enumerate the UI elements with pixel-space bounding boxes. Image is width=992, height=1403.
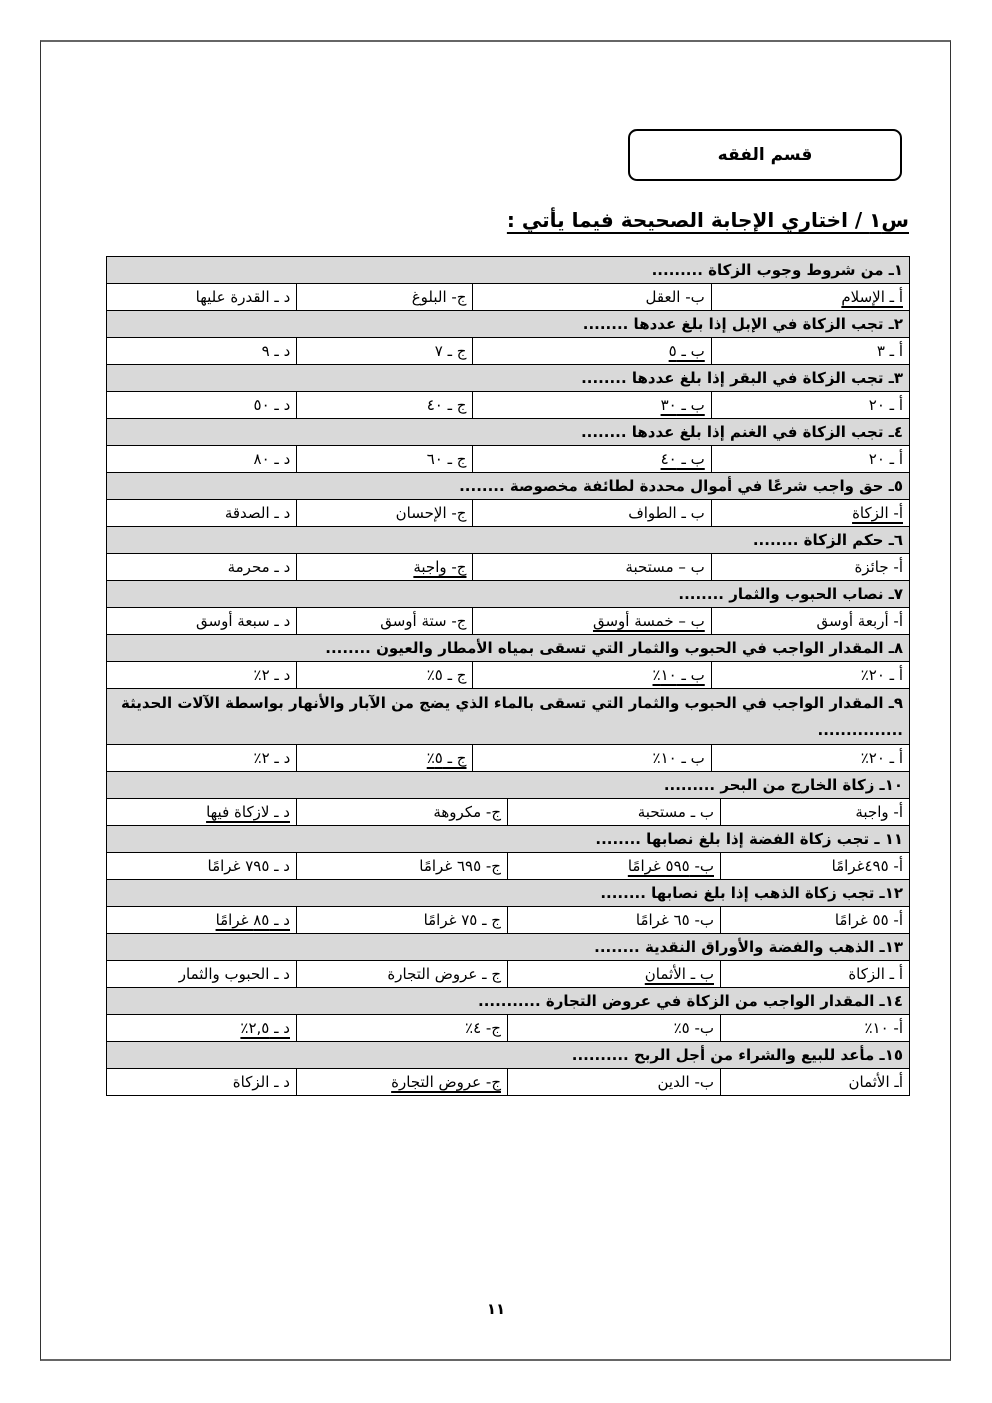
option-cell[interactable]: ب – خمسة أوسق <box>473 608 711 635</box>
quiz-table: ١ـ من شروط وجوب الزكاة .........أ ـ الإس… <box>106 256 910 1096</box>
option-label: أ- ٥٥ غرامًا <box>835 911 903 929</box>
options-row: أ- أربعة أوسقب – خمسة أوسقج- ستة أوسقد ـ… <box>107 608 910 635</box>
option-cell[interactable]: ج- البلوغ <box>297 284 473 311</box>
correct-option-label: ب ـ الأثمان <box>645 965 714 983</box>
option-label: د ـ ٩ <box>262 342 291 360</box>
correct-option-label: ب ـ ٣٠ <box>661 396 705 414</box>
option-label: ج- ستة أوسق <box>380 612 466 630</box>
correct-option-label: ب ـ ٥ <box>669 342 705 360</box>
correct-option-label: ج- واجبة <box>413 558 466 576</box>
option-label: ج- الإحسان <box>396 504 467 522</box>
correct-option-label: ب – خمسة أوسق <box>593 612 705 630</box>
option-label: أ ـ ٢٠٪ <box>861 749 903 767</box>
option-label: ج- ٦٩٥ غرامًا <box>419 857 501 875</box>
option-label: ب- ٦٥ غرامًا <box>636 911 714 929</box>
question-text: ٤ـ تجب الزكاة في الغنم إذا بلغ عددها ...… <box>107 419 910 446</box>
option-cell[interactable]: ب ـ ٥ <box>473 338 711 365</box>
question-text: ٩ـ المقدار الواجب في الحبوب والثمار التي… <box>107 689 910 745</box>
section-title: قسم الفقه <box>718 145 813 165</box>
question-row: ٣ـ تجب الزكاة في البقر إذا بلغ عددها ...… <box>107 365 910 392</box>
option-label: ب- العقل <box>646 288 705 306</box>
question-text: ٧ـ نصاب الحبوب والثمار ........ <box>107 581 910 608</box>
question-row: ١٢ـ تجب زكاة الذهب إذا بلغ نصابها ......… <box>106 880 909 907</box>
option-cell[interactable]: ج- ٦٩٥ غرامًا <box>297 853 508 880</box>
question-text: ٨ـ المقدار الواجب في الحبوب والثمار التي… <box>107 635 910 662</box>
option-cell[interactable]: د ـ ٢,٥٪ <box>106 1015 296 1042</box>
options-row: أ ـ ٢٠ب ـ ٣٠ج ـ ٤٠د ـ ٥٠ <box>107 392 910 419</box>
option-label: ب – مستحبة <box>625 558 704 576</box>
option-label: د ـ ٢٪ <box>254 666 291 684</box>
option-cell[interactable]: ب- ٥٪ <box>508 1015 721 1042</box>
option-label: د ـ القدرة عليها <box>196 288 291 306</box>
option-cell[interactable]: د ـ ٩ <box>107 338 297 365</box>
question-text: ١١ ـ تجب زكاة الفضة إذا بلغ نصابها .....… <box>106 826 909 853</box>
option-label: ج ـ ٧٥ غرامًا <box>424 911 501 929</box>
question-row: ٤ـ تجب الزكاة في الغنم إذا بلغ عددها ...… <box>107 419 910 446</box>
question-heading: س١ / اختاري الإجابة الصحيحة فيما يأتي : <box>507 208 909 232</box>
question-text: ٦ـ حكم الزكاة ........ <box>107 527 910 554</box>
options-row: أ ـ ٣ب ـ ٥ج ـ ٧د ـ ٩ <box>107 338 910 365</box>
correct-option-label: د ـ ٢,٥٪ <box>240 1019 290 1037</box>
option-cell[interactable]: ب- ٦٥ غرامًا <box>508 907 721 934</box>
option-label: ج- البلوغ <box>412 288 467 306</box>
option-cell[interactable]: د ـ ٨٥ غرامًا <box>106 907 296 934</box>
options-row: أ- ٥٥ غرامًاب- ٦٥ غرامًاج ـ ٧٥ غرامًاد ـ… <box>106 907 909 934</box>
question-row: ١ـ من شروط وجوب الزكاة ......... <box>107 257 910 284</box>
option-cell[interactable]: ج ـ ٥٪ <box>297 745 473 772</box>
option-cell[interactable]: أ- ٥٥ غرامًا <box>721 907 910 934</box>
option-cell[interactable]: ب ـ الطواف <box>473 500 711 527</box>
option-cell[interactable]: ب ـ ٣٠ <box>473 392 711 419</box>
option-cell[interactable]: أ- جائزة <box>711 554 909 581</box>
question-text: ٢ـ تجب الزكاة في الإبل إذا بلغ عددها ...… <box>107 311 910 338</box>
question-text: ١٢ـ تجب زكاة الذهب إذا بلغ نصابها ......… <box>106 880 909 907</box>
option-cell[interactable]: أـ الأثمان <box>721 1069 910 1096</box>
option-label: ج ـ ٥٪ <box>427 666 467 684</box>
option-cell[interactable]: د ـ ٥٠ <box>107 392 297 419</box>
option-cell[interactable]: ج- ٤٪ <box>297 1015 508 1042</box>
option-cell[interactable]: ب – مستحبة <box>473 554 711 581</box>
question-row: ٨ـ المقدار الواجب في الحبوب والثمار التي… <box>107 635 910 662</box>
option-cell[interactable]: د ـ محرمة <box>107 554 297 581</box>
option-label: د ـ ٥٠ <box>254 396 291 414</box>
option-label: ب- ٥٪ <box>674 1019 714 1037</box>
question-text: ١ـ من شروط وجوب الزكاة ......... <box>107 257 910 284</box>
option-label: ج ـ عروض التجارة <box>387 965 501 983</box>
question-text: ١٤ـ المقدار الواجب من الزكاة في عروض الت… <box>106 988 909 1015</box>
options-row: أـ الأثمانب- الدينج- عروض التجارةد ـ الز… <box>106 1069 909 1096</box>
question-text: ١٣ـ الذهب والفضة والأوراق النقدية ......… <box>106 934 909 961</box>
option-label: د ـ ٢٪ <box>254 749 291 767</box>
question-row: ١٥ـ مأعد للبيع والشراء من أجل الربح ....… <box>106 1042 909 1069</box>
option-label: د ـ سبعة أوسق <box>196 612 290 630</box>
question-row: ٢ـ تجب الزكاة في الإبل إذا بلغ عددها ...… <box>107 311 910 338</box>
question-text: ٥ـ حق واجب شرعًا في أموال محددة لطائفة م… <box>107 473 910 500</box>
questions-table-part1: ١ـ من شروط وجوب الزكاة .........أ ـ الإس… <box>106 256 910 772</box>
option-label: أ ـ ٢٠ <box>869 450 903 468</box>
options-row: أ ـ ٢٠ب ـ ٤٠ج ـ ٦٠د ـ ٨٠ <box>107 446 910 473</box>
option-cell[interactable]: ب- الدين <box>508 1069 721 1096</box>
options-row: أ- جائزةب – مستحبةج- واجبةد ـ محرمة <box>107 554 910 581</box>
option-label: د ـ محرمة <box>228 558 291 576</box>
option-cell[interactable]: أ ـ ٢٠٪ <box>711 745 909 772</box>
option-label: أـ الأثمان <box>849 1073 904 1091</box>
option-cell[interactable]: أ- واجبة <box>721 799 910 826</box>
option-label: د ـ الزكاة <box>233 1073 290 1091</box>
option-cell[interactable]: د ـ ٧٩٥ غرامًا <box>106 853 296 880</box>
options-row: أ- واجبةب ـ مستحبةج- مكروهةد ـ لازكاة في… <box>106 799 909 826</box>
option-cell[interactable]: ب ـ ١٠٪ <box>473 745 711 772</box>
option-label: أ- ١٠٪ <box>864 1019 903 1037</box>
option-cell[interactable]: ج- ستة أوسق <box>297 608 473 635</box>
option-label: ج- ٤٪ <box>465 1019 501 1037</box>
option-cell[interactable]: د ـ القدرة عليها <box>107 284 297 311</box>
option-cell[interactable]: ج- الإحسان <box>297 500 473 527</box>
option-cell[interactable]: د ـ الزكاة <box>106 1069 296 1096</box>
correct-option-label: ج ـ ٥٪ <box>427 749 467 767</box>
correct-option-label: ب ـ ١٠٪ <box>653 666 705 684</box>
options-row: أ ـ ٢٠٪ب ـ ١٠٪ج ـ ٥٪د ـ ٢٪ <box>107 662 910 689</box>
option-label: ج- مكروهة <box>433 803 501 821</box>
options-row: أ ـ الزكاةب ـ الأثمانج ـ عروض التجارةد ـ… <box>106 961 909 988</box>
option-cell[interactable]: ب ـ مستحبة <box>508 799 721 826</box>
question-row: ٩ـ المقدار الواجب في الحبوب والثمار التي… <box>107 689 910 745</box>
option-label: ب ـ مستحبة <box>638 803 714 821</box>
option-cell[interactable]: أ ـ ٢٠ <box>711 446 909 473</box>
correct-option-label: د ـ لازكاة فيها <box>206 803 290 821</box>
option-label: أ ـ ٢٠٪ <box>861 666 903 684</box>
option-label: ب ـ ١٠٪ <box>653 749 705 767</box>
option-cell[interactable]: ج ـ ٤٠ <box>297 392 473 419</box>
option-cell[interactable]: أ- أربعة أوسق <box>711 608 909 635</box>
option-cell[interactable]: ج- مكروهة <box>297 799 508 826</box>
option-cell[interactable]: أ ـ ٢٠٪ <box>711 662 909 689</box>
question-text: ٣ـ تجب الزكاة في البقر إذا بلغ عددها ...… <box>107 365 910 392</box>
option-cell[interactable]: ج ـ ٥٪ <box>297 662 473 689</box>
option-cell[interactable]: د ـ ٢٪ <box>107 745 297 772</box>
option-cell[interactable]: ج ـ عروض التجارة <box>297 961 508 988</box>
question-text: ١٠ـ زكاة الخارج من البحر ......... <box>106 772 909 799</box>
options-row: أ- ٤٩٥غرامًاب- ٥٩٥ غرامًاج- ٦٩٥ غرامًاد … <box>106 853 909 880</box>
option-cell[interactable]: أ- ١٠٪ <box>721 1015 910 1042</box>
option-label: ج ـ ٧ <box>435 342 467 360</box>
question-row: ١٤ـ المقدار الواجب من الزكاة في عروض الت… <box>106 988 909 1015</box>
option-cell[interactable]: ب- العقل <box>473 284 711 311</box>
page-number: ١١ <box>0 1300 992 1318</box>
option-cell[interactable]: أ ـ ٢٠ <box>711 392 909 419</box>
option-label: أ- أربعة أوسق <box>817 612 903 630</box>
question-row: ٧ـ نصاب الحبوب والثمار ........ <box>107 581 910 608</box>
option-label: د ـ الحبوب والثمار <box>179 965 290 983</box>
option-label: ب- الدين <box>657 1073 714 1091</box>
option-cell[interactable]: أ- ٤٩٥غرامًا <box>721 853 910 880</box>
option-label: ب ـ الطواف <box>628 504 705 522</box>
option-label: ج ـ ٦٠ <box>427 450 467 468</box>
question-row: ٦ـ حكم الزكاة ........ <box>107 527 910 554</box>
correct-option-label: أ ـ الإسلام <box>841 288 903 306</box>
option-cell[interactable]: أ ـ الزكاة <box>721 961 910 988</box>
option-cell[interactable]: د ـ ٨٠ <box>107 446 297 473</box>
option-cell[interactable]: ج ـ ٧٥ غرامًا <box>297 907 508 934</box>
correct-option-label: أ- الزكاة <box>852 504 903 522</box>
question-row: ١٣ـ الذهب والفضة والأوراق النقدية ......… <box>106 934 909 961</box>
correct-option-label: ب ـ ٤٠ <box>661 450 705 468</box>
option-cell[interactable]: ج ـ ٧ <box>297 338 473 365</box>
option-label: د ـ ٧٩٥ غرامًا <box>208 857 290 875</box>
options-row: أ ـ ٢٠٪ب ـ ١٠٪ج ـ ٥٪د ـ ٢٪ <box>107 745 910 772</box>
option-label: أ ـ ٣ <box>877 342 903 360</box>
question-row: ١١ ـ تجب زكاة الفضة إذا بلغ نصابها .....… <box>106 826 909 853</box>
option-cell[interactable]: أ ـ ٣ <box>711 338 909 365</box>
option-cell[interactable]: أ ـ الإسلام <box>711 284 909 311</box>
option-label: أ ـ الزكاة <box>848 965 903 983</box>
option-cell[interactable]: د ـ سبعة أوسق <box>107 608 297 635</box>
option-cell[interactable]: ج- واجبة <box>297 554 473 581</box>
option-cell[interactable]: ج- عروض التجارة <box>297 1069 508 1096</box>
option-cell[interactable]: د ـ الصدقة <box>107 500 297 527</box>
option-cell[interactable]: ج ـ ٦٠ <box>297 446 473 473</box>
option-label: أ ـ ٢٠ <box>869 396 903 414</box>
option-label: أ- جائزة <box>854 558 903 576</box>
option-cell[interactable]: ب- ٥٩٥ غرامًا <box>508 853 721 880</box>
correct-option-label: ج- عروض التجارة <box>391 1073 501 1091</box>
question-row: ٥ـ حق واجب شرعًا في أموال محددة لطائفة م… <box>107 473 910 500</box>
option-label: ج ـ ٤٠ <box>427 396 467 414</box>
question-row: ١٠ـ زكاة الخارج من البحر ......... <box>106 772 909 799</box>
option-label: د ـ الصدقة <box>225 504 290 522</box>
correct-option-label: ب- ٥٩٥ غرامًا <box>628 857 714 875</box>
options-row: أ- الزكاةب ـ الطوافج- الإحساند ـ الصدقة <box>107 500 910 527</box>
option-cell[interactable]: أ- الزكاة <box>711 500 909 527</box>
option-cell[interactable]: د ـ الحبوب والثمار <box>106 961 296 988</box>
option-cell[interactable]: ب ـ الأثمان <box>508 961 721 988</box>
option-label: أ- واجبة <box>855 803 903 821</box>
option-cell[interactable]: ب ـ ١٠٪ <box>473 662 711 689</box>
option-cell[interactable]: د ـ ٢٪ <box>107 662 297 689</box>
questions-table-part2: ١٠ـ زكاة الخارج من البحر .........أ- واج… <box>106 771 910 1096</box>
question-text: ١٥ـ مأعد للبيع والشراء من أجل الربح ....… <box>106 1042 909 1069</box>
option-cell[interactable]: ب ـ ٤٠ <box>473 446 711 473</box>
option-label: د ـ ٨٠ <box>254 450 291 468</box>
options-row: أ ـ الإسلامب- العقلج- البلوغد ـ القدرة ع… <box>107 284 910 311</box>
correct-option-label: د ـ ٨٥ غرامًا <box>216 911 290 929</box>
option-label: أ- ٤٩٥غرامًا <box>832 857 903 875</box>
section-title-box: قسم الفقه <box>628 129 902 181</box>
options-row: أ- ١٠٪ب- ٥٪ج- ٤٪د ـ ٢,٥٪ <box>106 1015 909 1042</box>
option-cell[interactable]: د ـ لازكاة فيها <box>106 799 296 826</box>
